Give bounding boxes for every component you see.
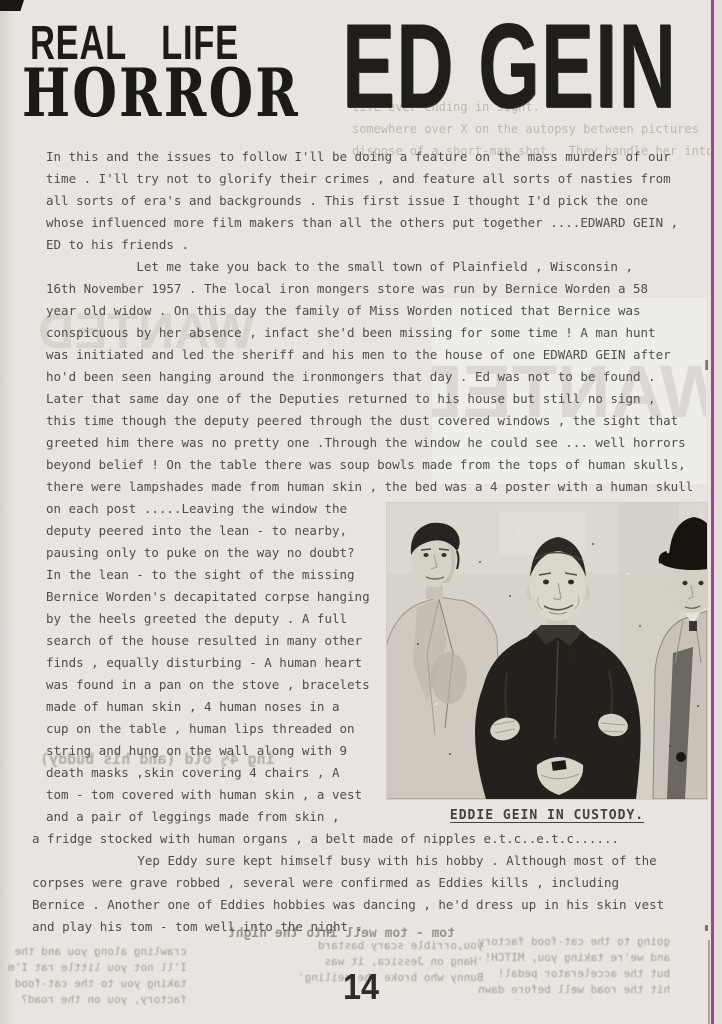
scan-right-edge-strip [714, 0, 722, 1024]
outro-paragraph: a fridge stocked with human organs , a b… [32, 828, 708, 938]
article-body: In this and the issues to follow I'll be… [46, 146, 708, 938]
article-headline-ed-gein: ED GEIN [342, 6, 677, 126]
scan-edge-line [708, 940, 710, 1024]
intro-paragraph: In this and the issues to follow I'll be… [46, 146, 708, 256]
left-column-paragraph: on each post .....Leaving the window the… [46, 498, 386, 828]
bleedthrough-column-left: crawling along you and the I'll not you … [8, 944, 187, 1008]
bleedthrough-column-center: you,orrible scary bastard 'Hang on Jessi… [298, 938, 483, 986]
zine-title-horror: HORROR [22, 60, 300, 126]
photo-figure: EDDIE GEIN IN CUSTODY. [386, 502, 708, 823]
bleedthrough-column-right: going to the cat-food factory and we're … [478, 934, 670, 998]
page-number: 14 [343, 966, 379, 1008]
zine-page: life ever ending in sight. somewhere ove… [0, 0, 722, 1024]
scan-corner-mark [0, 0, 24, 11]
story-paragraph: Let me take you back to the small town o… [46, 256, 708, 498]
scan-magenta-edge-line [711, 0, 714, 1024]
scan-left-edge-shade [0, 0, 14, 1024]
text-photo-row: on each post .....Leaving the window the… [46, 498, 708, 828]
photo-ed-gein-custody [386, 502, 708, 800]
photo-caption: EDDIE GEIN IN CUSTODY. [386, 808, 708, 823]
